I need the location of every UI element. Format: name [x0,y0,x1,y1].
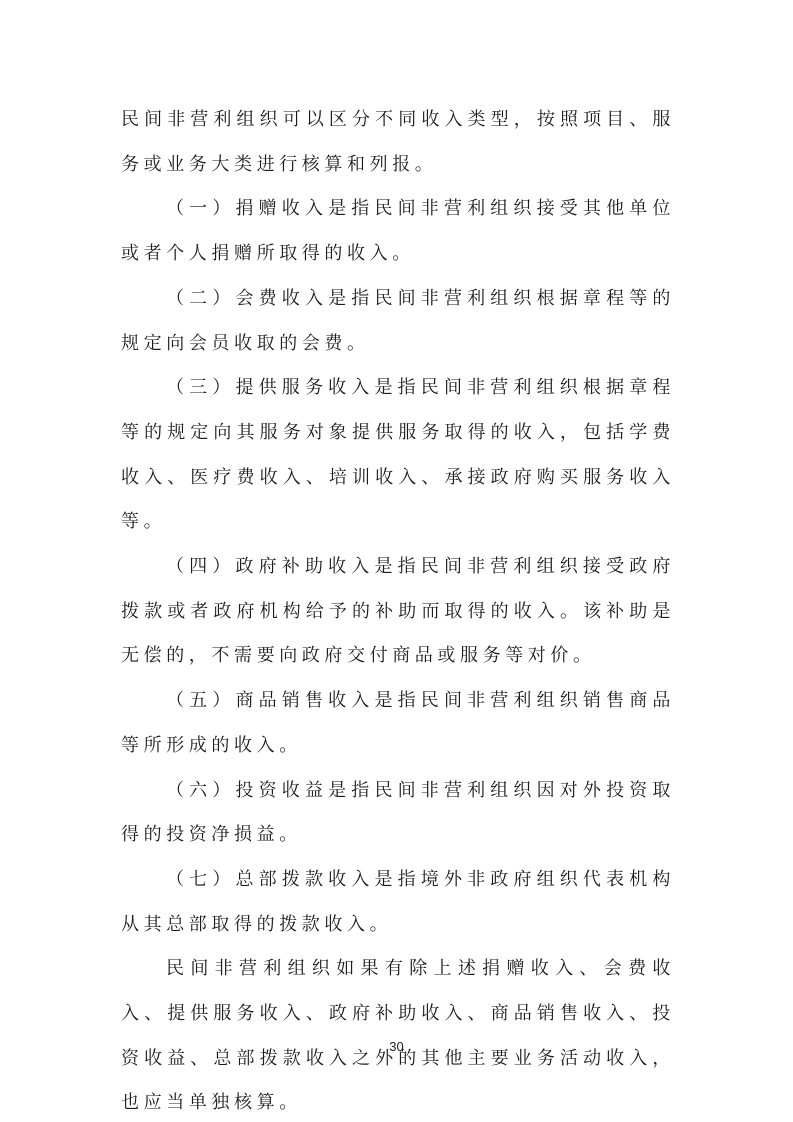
paragraph-donation-income: （一）捐赠收入是指民间非营利组织接受其他单位或者个人捐赠所取得的收入。 [121,187,675,276]
paragraph-sales-income: （五）商品销售收入是指民间非营利组织销售商品等所形成的收入。 [121,679,675,768]
page-number: 30 [0,1039,793,1054]
paragraph-intro-continuation: 民间非营利组织可以区分不同收入类型，按照项目、服务或业务大类进行核算和列报。 [121,98,675,187]
paragraph-investment-income: （六）投资收益是指民间非营利组织因对外投资取得的投资净损益。 [121,769,675,858]
paragraph-other-income: 民间非营利组织如果有除上述捐赠收入、会费收入、提供服务收入、政府补助收入、商品销… [121,947,675,1122]
paragraph-service-income: （三）提供服务收入是指民间非营利组织根据章程等的规定向其服务对象提供服务取得的收… [121,366,675,545]
paragraph-government-grant-income: （四）政府补助收入是指民间非营利组织接受政府拨款或者政府机构给予的补助而取得的收… [121,545,675,679]
paragraph-headquarters-allocation-income: （七）总部拨款收入是指境外非政府组织代表机构从其总部取得的拨款收入。 [121,858,675,947]
paragraph-membership-fee-income: （二）会费收入是指民间非营利组织根据章程等的规定向会员收取的会费。 [121,277,675,366]
document-page: 民间非营利组织可以区分不同收入类型，按照项目、服务或业务大类进行核算和列报。 （… [0,0,793,1122]
body-text: 民间非营利组织可以区分不同收入类型，按照项目、服务或业务大类进行核算和列报。 （… [121,98,675,1122]
